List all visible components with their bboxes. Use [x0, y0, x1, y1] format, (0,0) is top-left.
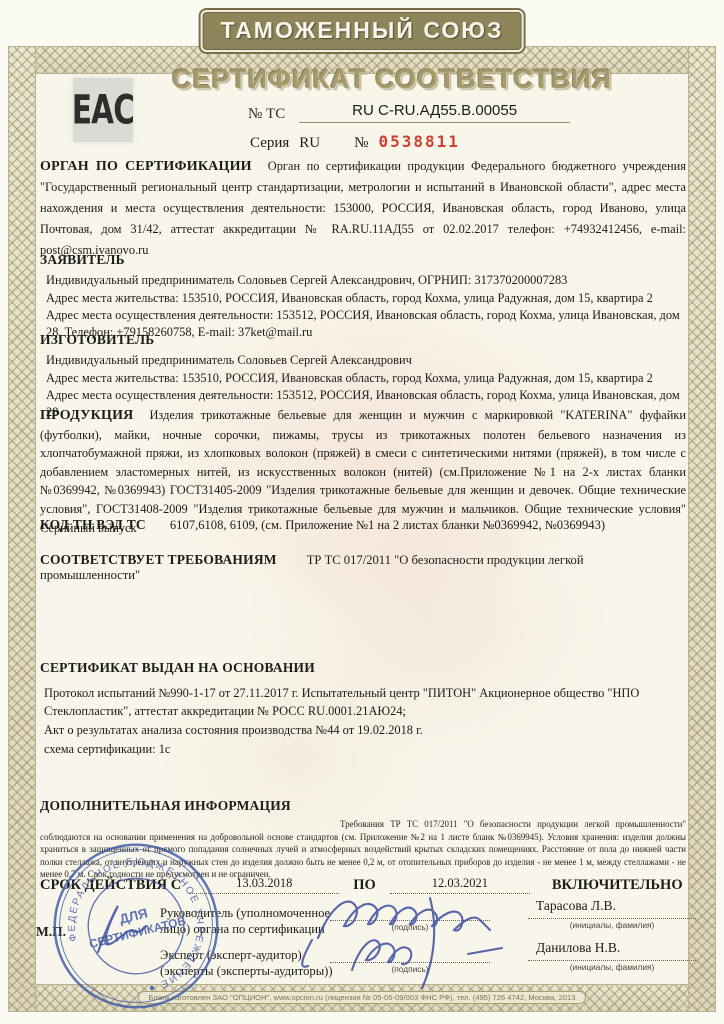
certificate-number-value: RU C-RU.АД55.В.00055 [299, 102, 570, 123]
section-heading: ПРОДУКЦИЯ [40, 408, 133, 423]
section-certification-body: ОРГАН ПО СЕРТИФИКАЦИИОрган по сертификац… [40, 156, 686, 261]
applicant-line: Адрес места жительства: 153510, РОССИЯ, … [46, 290, 686, 307]
customs-union-title: ТАМОЖЕННЫЙ СОЮЗ [221, 17, 504, 43]
section-heading: ДОПОЛНИТЕЛЬНАЯ ИНФОРМАЦИЯ [40, 798, 686, 814]
name-caption: (инициалы, фамилия) [528, 962, 696, 972]
eac-mark: ЕАС [73, 78, 133, 142]
signature-line [330, 940, 490, 963]
head-name: Тарасова Л.В. [528, 898, 696, 914]
series-serial-number: 0538811 [378, 132, 459, 151]
series-row: Серия RU № 0538811 [250, 132, 460, 152]
section-heading: ЗАЯВИТЕЛЬ [40, 252, 686, 268]
manufacturer-line: Адрес места жительства: 153510, РОССИЯ, … [46, 370, 686, 387]
name-line [528, 956, 696, 961]
expert-signature-cell: (подпись) [330, 940, 490, 974]
name-caption: (инициалы, фамилия) [528, 920, 696, 930]
series-label: Серия [250, 135, 289, 152]
basis-line: Протокол испытаний №990-1-17 от 27.11.20… [44, 684, 686, 720]
eac-mark-letters: ЕАС [72, 87, 134, 133]
series-no-label: № [354, 135, 368, 152]
expert-name-cell: Данилова Н.В. (инициалы, фамилия) [528, 940, 696, 972]
head-signature-cell: (подпись) [330, 898, 490, 932]
section-text: Изделия трикотажные бельевые для женщин … [40, 408, 686, 535]
signature-caption: (подпись) [330, 964, 490, 974]
section-applicant: ЗАЯВИТЕЛЬ Индивидуальный предприниматель… [40, 252, 686, 340]
border-ornament-right [688, 46, 716, 1012]
customs-union-plaque: ТАМОЖЕННЫЙ СОЮЗ [201, 10, 524, 52]
signature-line [330, 898, 490, 921]
validity-inclusive-label: ВКЛЮЧИТЕЛЬНО [552, 877, 683, 894]
section-tnved-code: КОД ТН ВЭД ТС6107,6108, 6109, (см. Прило… [40, 517, 686, 533]
basis-line: схема сертификации: 1с [44, 740, 686, 758]
validity-to-date: 12.03.2021 [390, 876, 530, 894]
section-issued-basis: СЕРТИФИКАТ ВЫДАН НА ОСНОВАНИИ Протокол и… [40, 660, 686, 758]
series-region: RU [299, 135, 320, 152]
section-heading: ОРГАН ПО СЕРТИФИКАЦИИ [40, 159, 252, 174]
section-text: 6107,6108, 6109, (см. Приложение №1 на 2… [170, 518, 605, 532]
certificate-title: СЕРТИФИКАТ СООТВЕТСТВИЯ [140, 64, 644, 95]
section-heading: КОД ТН ВЭД ТС [40, 517, 146, 532]
section-complies-with: СООТВЕТСТВУЕТ ТРЕБОВАНИЯМТР ТС 017/2011 … [40, 552, 686, 583]
name-line [528, 914, 696, 919]
expert-name: Данилова Н.В. [528, 940, 696, 956]
certificate-document: ТАМОЖЕННЫЙ СОЮЗ ЕАС СЕРТИФИКАТ СООТВЕТСТ… [0, 0, 724, 1024]
section-heading: ИЗГОТОВИТЕЛЬ [40, 332, 686, 348]
basis-line: Акт о результатах анализа состояния прои… [44, 721, 686, 739]
signature-caption: (подпись) [330, 922, 490, 932]
validity-to-label: ПО [353, 877, 376, 894]
section-heading: СООТВЕТСТВУЕТ ТРЕБОВАНИЯМ [40, 552, 277, 567]
certificate-number-row: № ТС RU C-RU.АД55.В.00055 [248, 102, 570, 123]
manufacturer-line: Индивидуальный предприниматель Соловьев … [46, 352, 686, 369]
head-name-cell: Тарасова Л.В. (инициалы, фамилия) [528, 898, 696, 930]
certificate-number-label: № ТС [248, 106, 285, 123]
section-heading: СЕРТИФИКАТ ВЫДАН НА ОСНОВАНИИ [40, 660, 686, 676]
applicant-line: Индивидуальный предприниматель Соловьев … [46, 272, 686, 289]
